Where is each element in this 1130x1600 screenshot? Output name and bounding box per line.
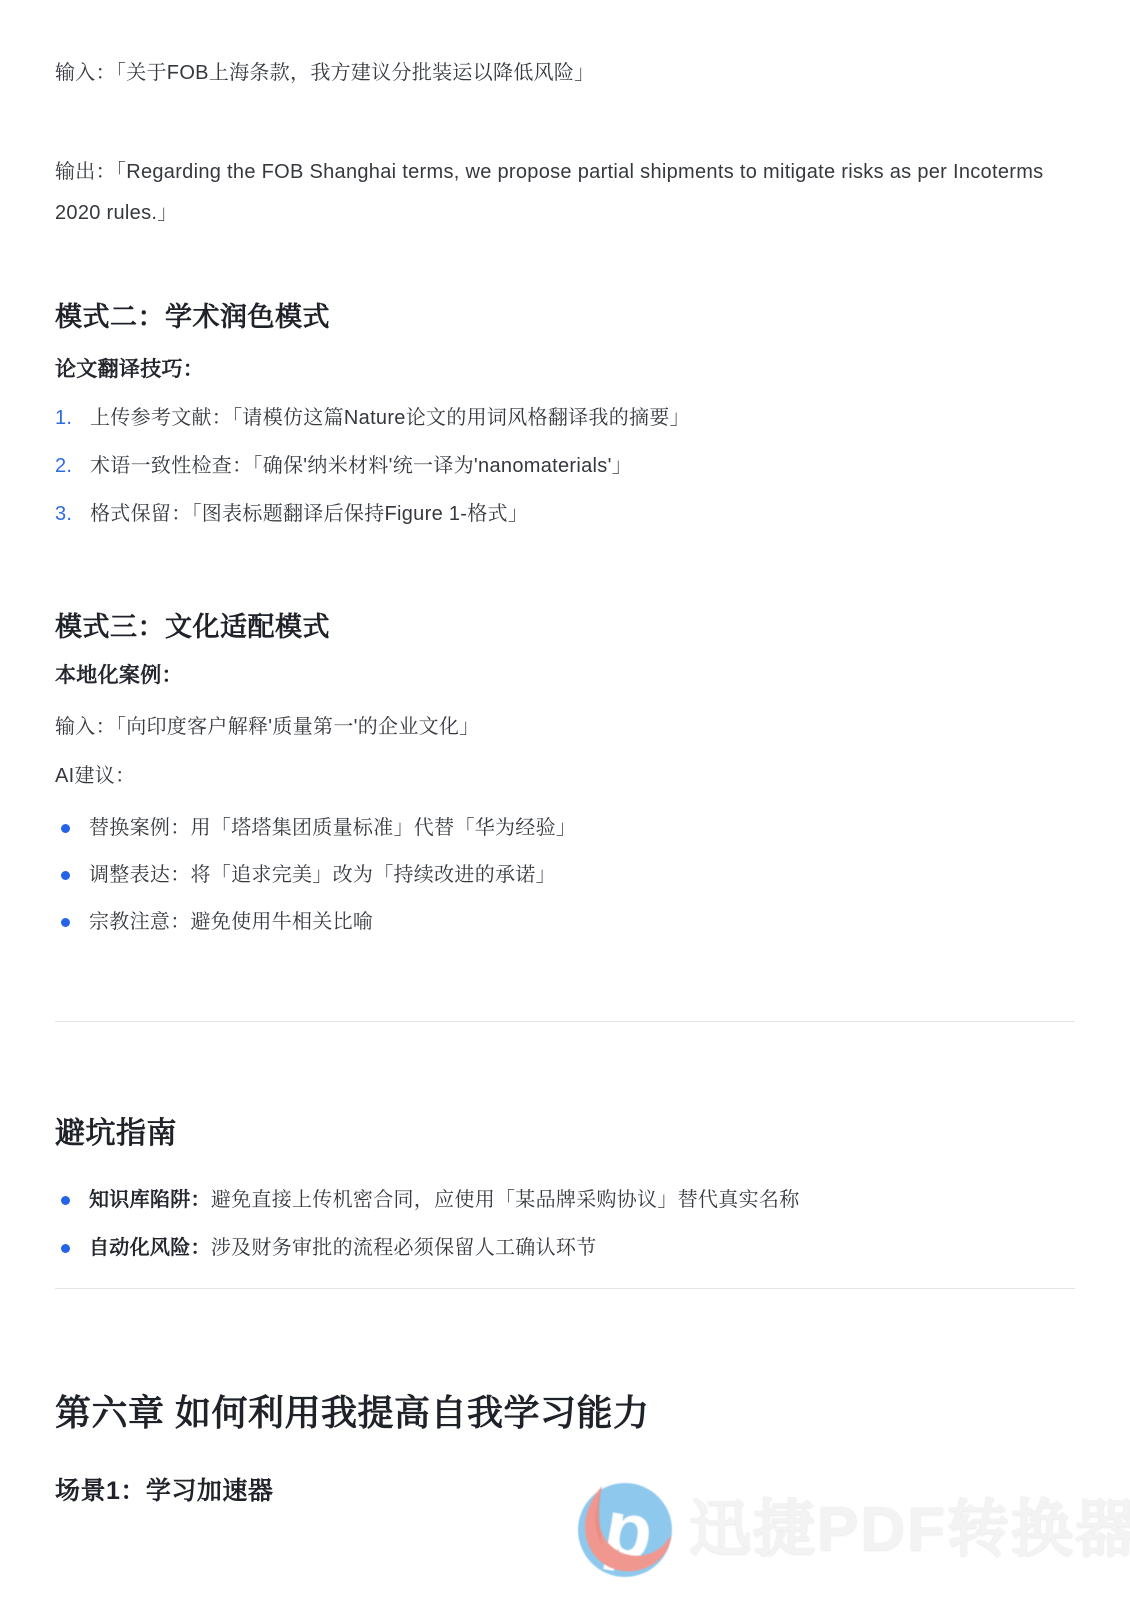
list-item: 知识库陷阱：避免直接上传机密合同，应使用「某品牌采购协议」替代真实名称 (55, 1185, 1075, 1215)
list-item-text: 宗教注意：避免使用牛相关比喻 (89, 911, 373, 933)
list-item-text: 调整表达：将「追求完美」改为「持续改进的承诺」 (89, 864, 556, 886)
intro-input-line: 输入：「关于FOB上海条款，我方建议分批装运以降低风险」 (55, 57, 1075, 89)
mode2-subheading: 论文翻译技巧： (55, 356, 1075, 384)
list-item: 2. 术语一致性检查：「确保'纳米材料'统一译为'nanomaterials'」 (55, 451, 1075, 481)
mode3-bullet-list: 替换案例：用「塔塔集团质量标准」代替「华为经验」 调整表达：将「追求完美」改为「… (55, 813, 1075, 954)
section-divider (55, 1288, 1075, 1289)
bullet-dot-icon (61, 1244, 70, 1253)
mode3-subheading: 本地化案例： (55, 662, 1075, 690)
list-item: 调整表达：将「追求完美」改为「持续改进的承诺」 (55, 860, 1075, 890)
chapter6-heading: 第六章 如何利用我提高自我学习能力 (55, 1392, 1075, 1434)
watermark-text: 迅捷PDF转换器 (689, 1480, 1130, 1580)
bullet-dot-icon (61, 918, 70, 927)
list-item: 宗教注意：避免使用牛相关比喻 (55, 907, 1075, 937)
list-number: 2. (55, 451, 72, 481)
list-number: 1. (55, 403, 72, 433)
document-page: 输入：「关于FOB上海条款，我方建议分批装运以降低风险」 输出：「Regardi… (0, 0, 1130, 1600)
pitfalls-heading: 避坑指南 (55, 1116, 1075, 1152)
list-item-text: 涉及财务审批的流程必须保留人工确认环节 (211, 1237, 597, 1259)
list-item-text: 替换案例：用「塔塔集团质量标准」代替「华为经验」 (89, 817, 576, 839)
pitfalls-bullet-list: 知识库陷阱：避免直接上传机密合同，应使用「某品牌采购协议」替代真实名称 自动化风… (55, 1185, 1075, 1281)
list-item-label: 知识库陷阱： (89, 1189, 211, 1211)
mode2-heading: 模式二：学术润色模式 (55, 301, 1075, 334)
bullet-dot-icon (61, 824, 70, 833)
bullet-dot-icon (61, 871, 70, 880)
list-item: 1. 上传参考文献：「请模仿这篇Nature论文的用词风格翻译我的摘要」 (55, 403, 1075, 433)
list-item-text: 格式保留：「图表标题翻译后保持Figure 1-格式」 (90, 503, 528, 525)
list-item-text: 术语一致性检查：「确保'纳米材料'统一译为'nanomaterials'」 (90, 455, 632, 477)
mode3-input-line: 输入：「向印度客户解释'质量第一'的企业文化」 (55, 711, 1075, 743)
list-item-text: 上传参考文献：「请模仿这篇Nature论文的用词风格翻译我的摘要」 (90, 407, 690, 429)
list-item: 自动化风险：涉及财务审批的流程必须保留人工确认环节 (55, 1233, 1075, 1263)
list-item-text: 避免直接上传机密合同，应使用「某品牌采购协议」替代真实名称 (211, 1189, 800, 1211)
mode2-numbered-list: 1. 上传参考文献：「请模仿这篇Nature论文的用词风格翻译我的摘要」 2. … (55, 403, 1075, 547)
mode3-ai-label: AI建议： (55, 760, 1075, 792)
mode3-heading: 模式三：文化适配模式 (55, 611, 1075, 644)
list-item-label: 自动化风险： (89, 1237, 211, 1259)
pdf-converter-logo-icon: p (575, 1480, 675, 1580)
watermark: p 迅捷PDF转换器 (575, 1480, 1130, 1580)
bullet-dot-icon (61, 1196, 70, 1205)
list-item: 3. 格式保留：「图表标题翻译后保持Figure 1-格式」 (55, 499, 1075, 529)
list-item: 替换案例：用「塔塔集团质量标准」代替「华为经验」 (55, 813, 1075, 843)
section-divider (55, 1021, 1075, 1022)
intro-output-line: 输出：「Regarding the FOB Shanghai terms, we… (55, 152, 1060, 234)
list-number: 3. (55, 499, 72, 529)
